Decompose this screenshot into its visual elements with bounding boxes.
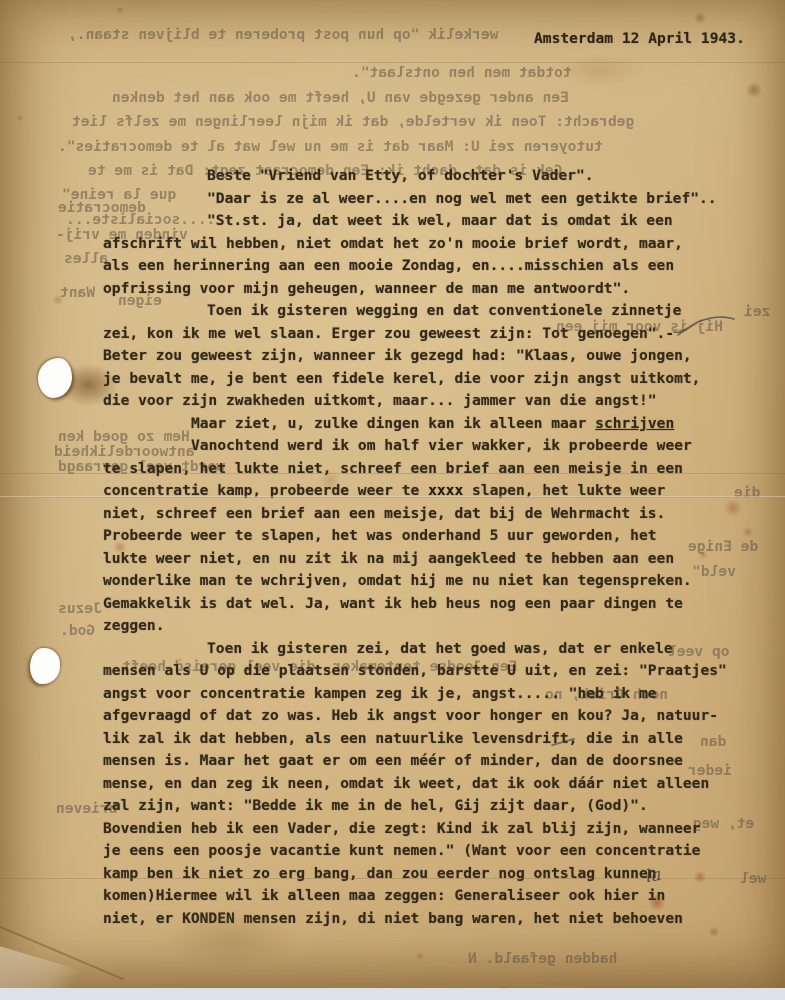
letter-line: Toen ik gisteren zei, dat het goed was, …: [103, 638, 771, 661]
letter-line: Gemakkelik is dat wel. Ja, want ik heb h…: [103, 593, 771, 616]
letter-line: kamp ben ik niet zo erg bang, dan zou ee…: [103, 863, 771, 886]
ghost-line: totdat men hen ontslaat".: [352, 64, 572, 81]
ghost-line: werkelik "op hun post proberen te blijve…: [68, 26, 499, 43]
letter-line: wonderlike man te wchrijven, omdat hij m…: [103, 570, 771, 593]
ghost-line: Jezus: [58, 600, 102, 617]
letter-line: afgevraagd of dat zo was. Heb ik angst v…: [103, 705, 771, 728]
letter-line: mensen als U op die plaatsen stonden, ba…: [103, 660, 771, 683]
ghost-line: Want: [60, 284, 95, 301]
backdrop: [0, 988, 785, 1000]
ghost-line: hadden gefaald. N: [468, 950, 617, 967]
letter-line: komen)Hiermee wil ik alleen maa zeggen: …: [103, 885, 771, 908]
letter-line: afschrift wil hebben, niet omdat het zo'…: [103, 233, 771, 256]
ghost-line: Een ander gezegde van U, heeft me ook aa…: [112, 89, 569, 106]
letter-line: lukte weer niet, en nu zit ik na mij aan…: [103, 548, 771, 571]
letter-line: niet, er KONDEN mensen zijn, di niet ban…: [103, 908, 771, 931]
letter-line: zal zijn, want: "Bedde ik me in de hel, …: [103, 795, 771, 818]
ghost-line: alles: [64, 250, 108, 267]
letter-line: te slapen, het lukte niet, schreef een b…: [103, 458, 771, 481]
letter-line: angst voor concentratie kampen zeg ik je…: [103, 683, 771, 706]
ghost-line: tutoyeren zei U: Maar dat is me nu wel w…: [58, 138, 603, 155]
letter-line: lik zal ik dat hebben, als een natuurlik…: [103, 728, 771, 751]
letter-line: Probeerde weer te slapen, het was onderh…: [103, 525, 771, 548]
paper-hole: [38, 358, 72, 398]
letter-line: die voor zijn zwakheden uitkomt, maar...…: [103, 390, 771, 413]
ghost-line: God.: [60, 622, 95, 639]
date-line: Amsterdam 12 April 1943.: [534, 30, 745, 47]
handwritten-insert-la: la: [645, 865, 663, 887]
letter-line: zeggen.: [103, 615, 771, 638]
letter-line: niet, schreef een brief aan een meisje, …: [103, 503, 771, 526]
fold-crease: [0, 62, 785, 63]
letter-body: Beste "Vriend van Etty, of dochter's Vad…: [103, 165, 771, 930]
folded-corner-edge: [0, 926, 124, 981]
letter-line: Maar ziet, u, zulke dingen kan ik alleen…: [103, 413, 771, 436]
letter-line: Beste "Vriend van Etty, of dochter's Vad…: [103, 165, 771, 188]
letter-line: Beter zou geweest zijn, wanneer ik gezeg…: [103, 345, 771, 368]
letter-line: je eens een poosje vacantie kunt nemen."…: [103, 840, 771, 863]
ghost-line: gebracht: Toen ik vertelde, dat ik mijn …: [72, 113, 634, 130]
folded-corner: [0, 930, 140, 988]
letter-line: mensen is. Maar het gaat er om een méér …: [103, 750, 771, 773]
letter-line: Bovendien heb ik een Vader, die zegt: Ki…: [103, 818, 771, 841]
letter-line: "St.st. ja, dat weet ik wel, maar dat is…: [103, 210, 771, 233]
paper-hole: [30, 648, 60, 684]
letter-line: als een herinnering aan een mooie Zondag…: [103, 255, 771, 278]
pencil-squiggle-mark: [668, 308, 742, 342]
letter-paper-sheet: werkelik "op hun post proberen te blijve…: [0, 0, 785, 988]
letter-line: Vanochtend werd ik om half vier wakker, …: [103, 435, 771, 458]
letter-line: concentratie kamp, probeerde weer te xxx…: [103, 480, 771, 503]
letter-line: mense, en dan zeg ik neen, omdat ik weet…: [103, 773, 771, 796]
letter-line: je bevalt me, je bent een fidele kerel, …: [103, 368, 771, 391]
letter-line: "Daar is ze al weer....en nog wel met ee…: [103, 188, 771, 211]
letter-line: opfrissing voor mijn geheugen, wanneer d…: [103, 278, 771, 301]
